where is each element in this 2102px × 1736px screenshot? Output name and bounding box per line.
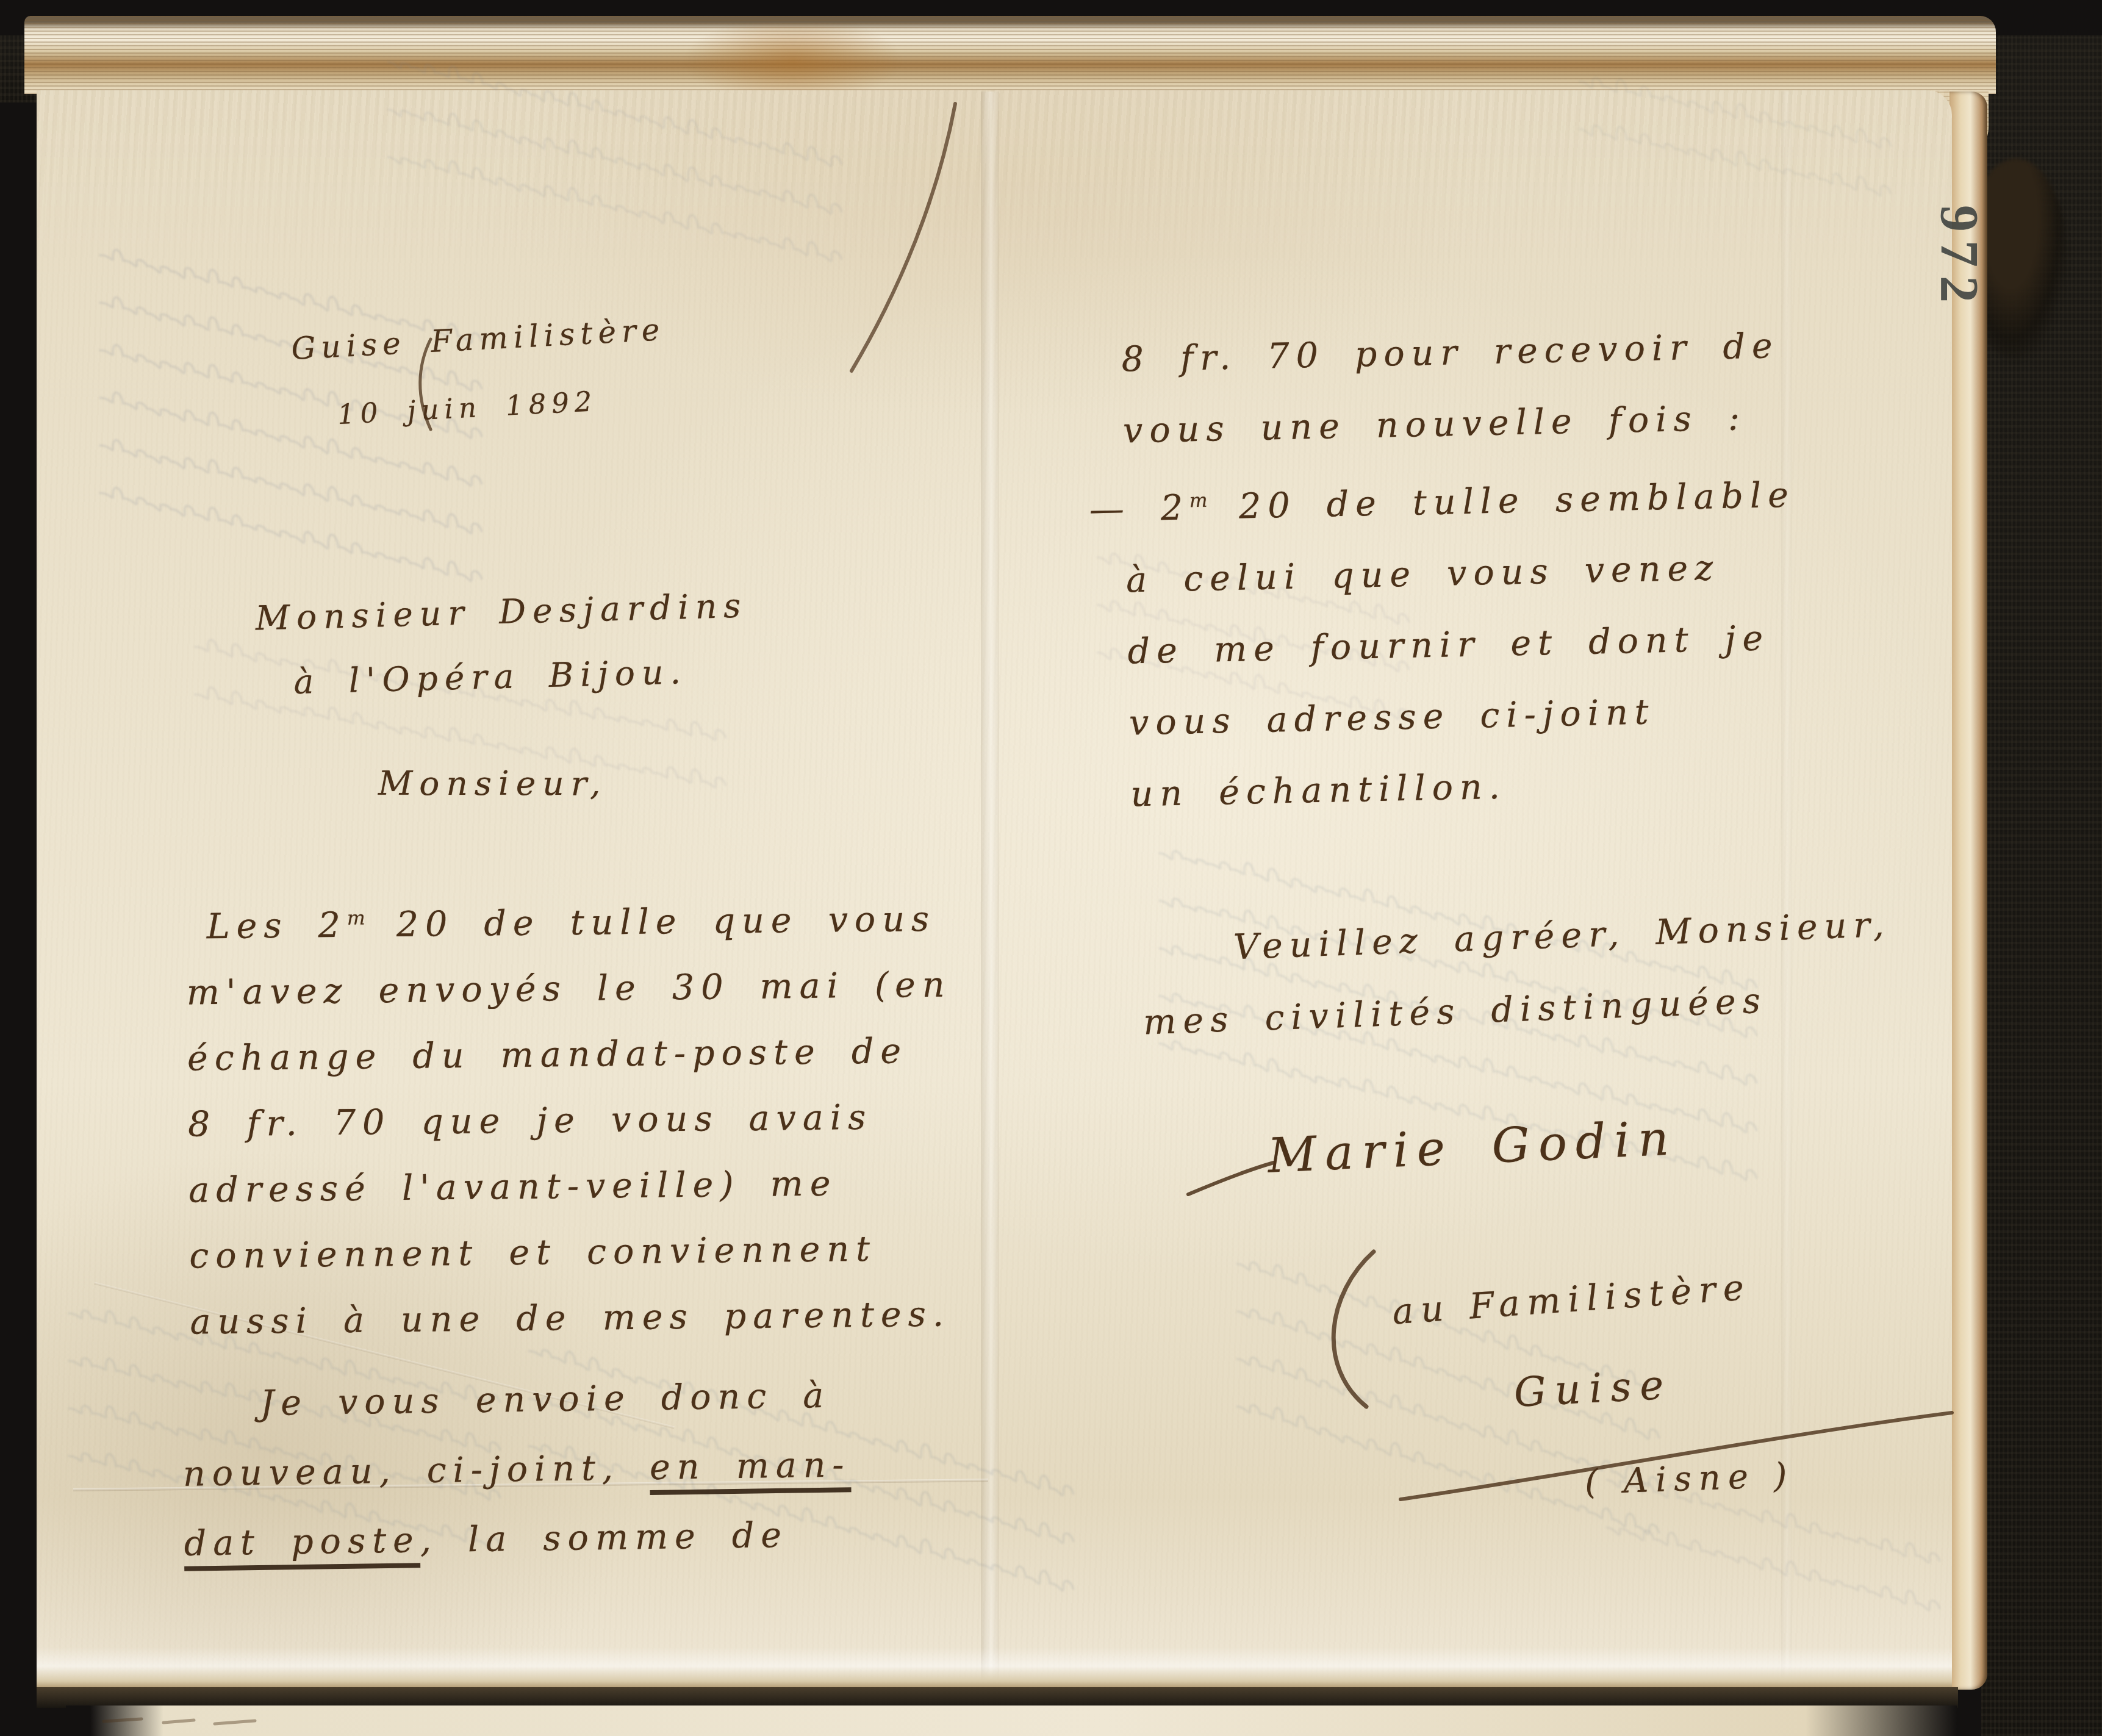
scanned-letter-page: Guise Familistère 10 juin 1892 Monsieur …	[0, 0, 2102, 1736]
handwriting-line: Les 2m 20 de tulle que vous	[206, 879, 951, 959]
letter-paragraph-3: 8 fr. 70 pour recevoir devous une nouvel…	[1121, 310, 1801, 831]
handwriting-line: 8 fr. 70 pour recevoir de	[1121, 310, 1793, 396]
handwriting-segment: mes civilités distinguées	[1142, 981, 1768, 1043]
handwriting-line: m'avez envoyés le 30 mai (en	[186, 952, 952, 1025]
handwriting-line: 8 fr. 70 que je vous avais	[188, 1083, 953, 1157]
handwriting-segment: vous une nouvelle fois :	[1122, 398, 1746, 451]
handwriting-segment: m'avez envoyés le 30 mai (en	[186, 964, 951, 1013]
letter-recipient: Monsieur Desjardins à l'Opéra Bijou.	[254, 573, 750, 715]
handwriting-segment: 8 fr. 70 que je vous avais	[188, 1097, 873, 1145]
handwriting-segment: , la somme de	[420, 1515, 788, 1560]
handwriting-line: à celui que vous venez	[1125, 531, 1798, 617]
signature-place-line-3: ( Aisne )	[1584, 1455, 1795, 1502]
letter-paragraph-2: Je vous envoie donc ànouveau, ci-joint, …	[182, 1360, 852, 1578]
letter-paragraph-1: Les 2m 20 de tulle que vousm'avez envoyé…	[185, 879, 955, 1355]
handwriting-line: vous adresse ci-joint	[1128, 673, 1801, 759]
handwriting-line: de me fournir et dont je	[1127, 602, 1799, 687]
handwriting-segment: 20 de tulle que vous	[366, 899, 936, 945]
center-fold-crease	[981, 91, 999, 1690]
handwriting-segment: Je vous envoie donc à	[260, 1376, 831, 1424]
handwriting-segment: un échantillon.	[1130, 767, 1507, 815]
handwriting-segment: Les 2	[206, 905, 347, 947]
page-fore-edge	[1950, 91, 1987, 1690]
handwriting-segment: Veuillez agréer, Monsieur,	[1233, 905, 1891, 968]
handwriting-line: vous une nouvelle fois :	[1122, 382, 1795, 467]
letter-heading: Guise Familistère 10 juin 1892	[290, 295, 670, 451]
handwriting-line: échange du mandat-poste de	[187, 1017, 952, 1091]
handwriting-segment: adressé l'avant-veille) me	[188, 1163, 838, 1210]
page-bottom-curl	[37, 1647, 1952, 1690]
handwriting-line: un échantillon.	[1130, 745, 1802, 830]
handwriting-line: adressé l'avant-veille) me	[188, 1149, 954, 1223]
handwriting-segment: — 2	[1089, 487, 1190, 529]
letter-closing-formula: Veuillez agréer, Monsieur,mes civilités …	[1139, 889, 1894, 1059]
handwriting-segment: aussi à une de mes parentes.	[190, 1294, 950, 1342]
handwriting-segment: 20 de tulle semblable	[1208, 475, 1795, 528]
stacked-page-edges-top	[24, 16, 1996, 94]
handwriting-segment: conviennent et conviennent	[189, 1229, 877, 1277]
handwriting-segment: en man-	[650, 1444, 852, 1495]
handwriting-segment: échange du mandat-poste de	[187, 1031, 908, 1078]
handwriting-segment: 8 fr. 70 pour recevoir de	[1121, 326, 1779, 380]
handwriting-line: Je vous envoie donc à	[260, 1360, 850, 1438]
handwriting-segment: dat poste	[184, 1520, 420, 1571]
handwriting-line: nouveau, ci-joint, en man-	[182, 1430, 851, 1508]
handwriting-line: — 2m 20 de tulle semblable	[1088, 453, 1796, 546]
letter-salutation: Monsieur,	[378, 764, 607, 803]
handwriting-line: conviennent et conviennent	[189, 1215, 955, 1289]
handwriting-segment: de me fournir et dont je	[1127, 618, 1770, 672]
bottom-shadow-gap	[37, 1687, 1958, 1708]
handwriting-segment: nouveau, ci-joint,	[183, 1447, 650, 1494]
handwriting-segment: à celui que vous venez	[1126, 548, 1720, 600]
signature-place-line-2: Guise	[1513, 1361, 1673, 1416]
next-page-edge	[66, 1706, 1957, 1736]
handwriting-segment: m	[347, 907, 367, 929]
handwriting-segment: m	[1189, 490, 1209, 512]
recipient-name-line: Monsieur Desjardins	[254, 573, 748, 650]
handwriting-line: aussi à une de mes parentes.	[190, 1281, 955, 1355]
page-number-stamp: 972	[1928, 205, 1990, 311]
handwriting-segment: vous adresse ci-joint	[1128, 692, 1655, 743]
recipient-address-line: à l'Opéra Bijou.	[293, 637, 750, 714]
handwriting-line: dat poste, la somme de	[184, 1499, 852, 1578]
